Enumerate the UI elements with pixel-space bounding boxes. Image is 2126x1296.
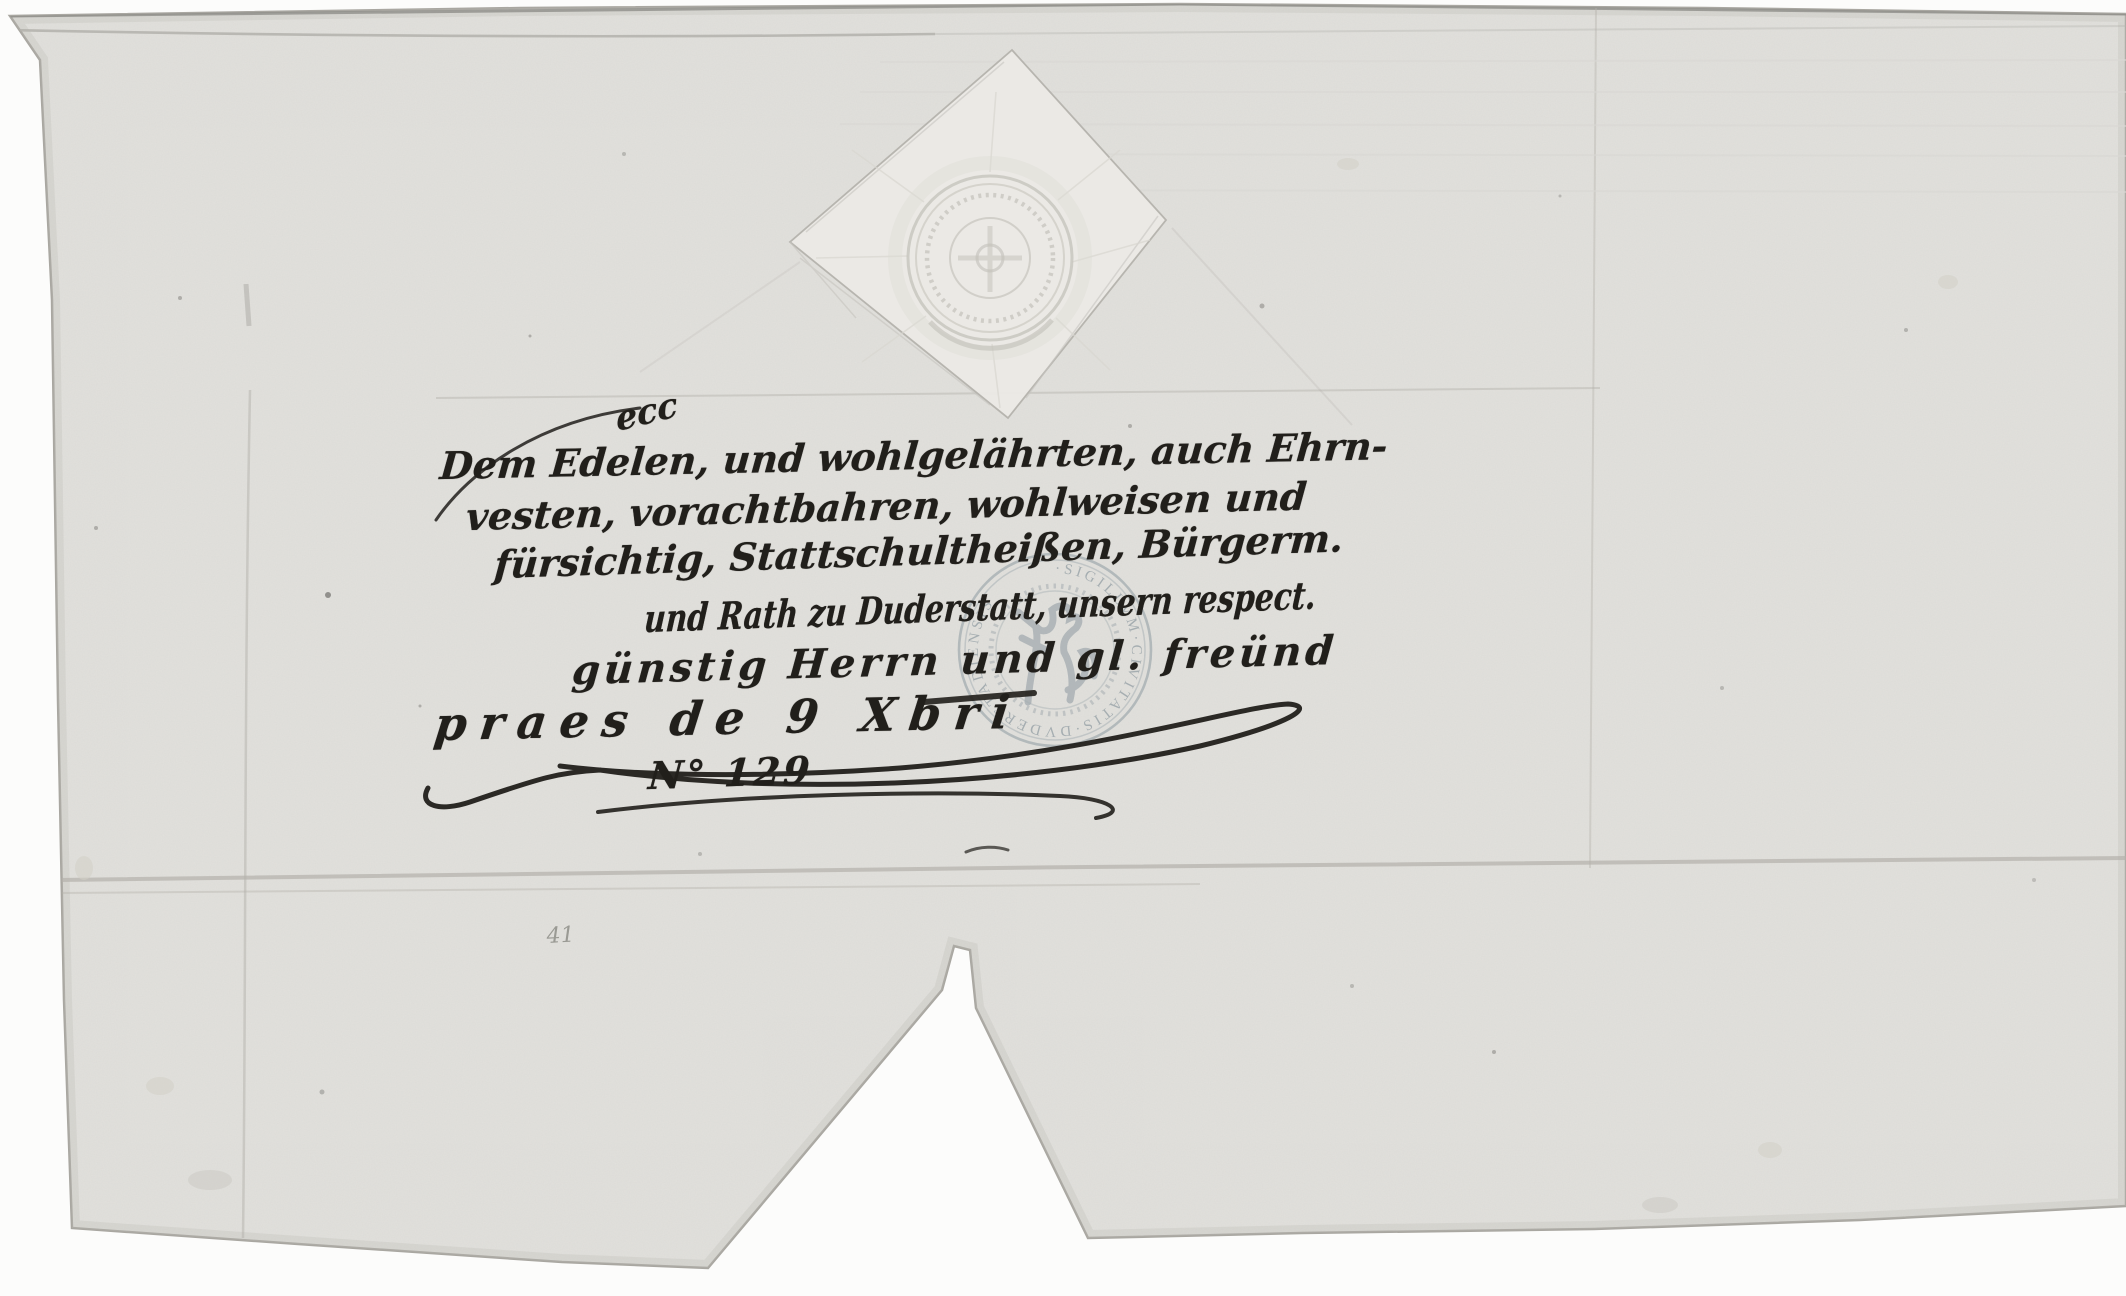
docket-number: N° 129 — [647, 747, 814, 798]
letter-scan: ·SIGILLVM·CIVITATIS·DVDERSTADIENSIS — [0, 0, 2126, 1296]
pencil-annotation: 41 — [546, 923, 575, 949]
